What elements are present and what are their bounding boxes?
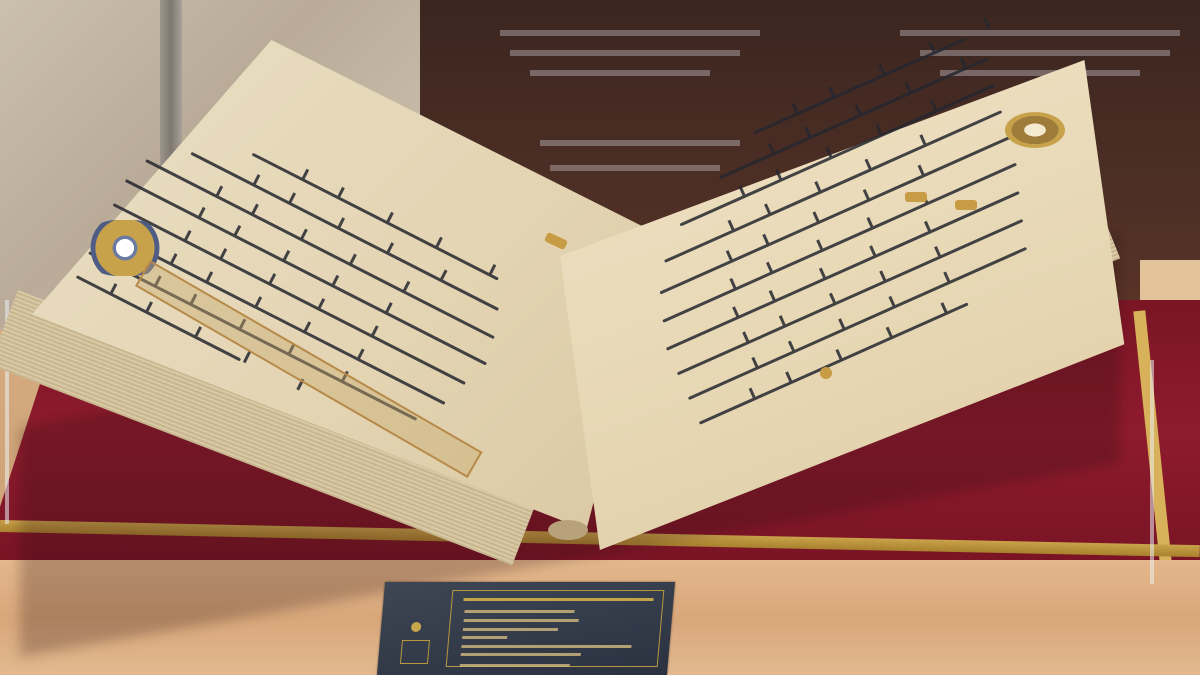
gold-verse-marker-icon xyxy=(955,200,977,210)
glass-reflection xyxy=(530,70,710,76)
museum-logo-icon xyxy=(400,640,430,664)
plaque-text-line xyxy=(461,653,581,656)
gold-oval-medallion-icon xyxy=(1005,112,1065,148)
acrylic-stand-right-leg xyxy=(1150,360,1154,584)
glass-reflection xyxy=(900,30,1180,36)
glass-reflection xyxy=(510,50,740,56)
book-spine xyxy=(548,520,588,540)
gold-verse-marker-icon xyxy=(905,192,927,202)
glass-reflection xyxy=(500,30,760,36)
plaque-text-line xyxy=(460,664,570,667)
plaque-text-line xyxy=(462,636,507,639)
glass-reflection xyxy=(540,140,740,146)
plaque-text-line xyxy=(464,619,579,622)
plaque-text-line xyxy=(464,610,574,613)
exhibit-label-plaque xyxy=(377,582,675,675)
plaque-title-line xyxy=(463,598,653,601)
plaque-text-line xyxy=(463,628,558,631)
museum-emblem-icon xyxy=(411,622,422,632)
plaque-text-line xyxy=(461,645,631,648)
museum-display-photo: Open illuminated Arabic manuscript (Qur'… xyxy=(0,0,1200,675)
gold-verse-marker-icon xyxy=(820,367,832,379)
